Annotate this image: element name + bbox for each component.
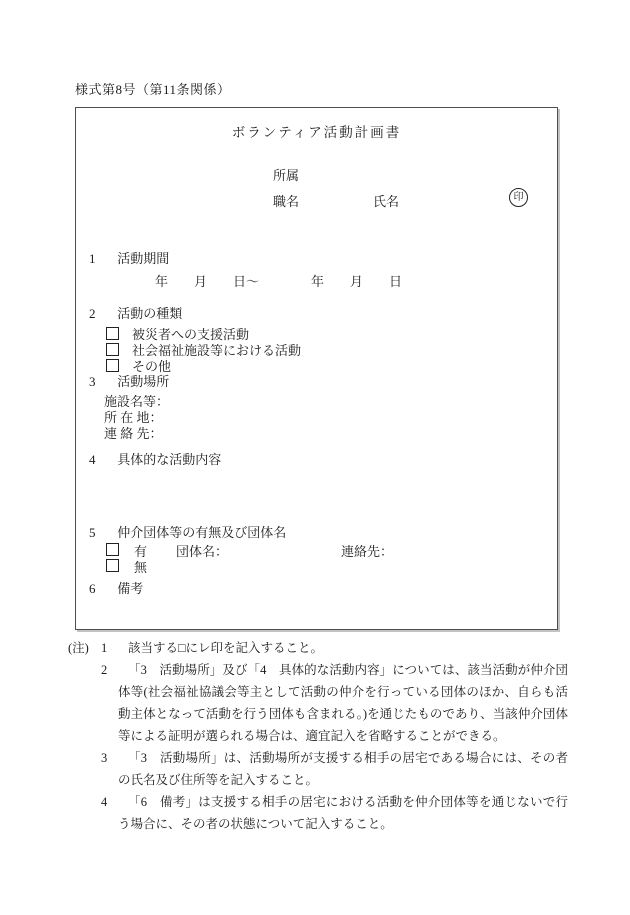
intermediary-no-row: 無 [76, 557, 557, 573]
checkbox-icon[interactable] [106, 559, 119, 572]
section-4-heading: 4 具体的な活動内容 [89, 449, 221, 468]
form-number: 様式第8号（第11条関係） [75, 79, 231, 98]
note-item-4: 4 「6 備考」は支援する相手の居宅における活動を仲介団体等を通じないで行う場合… [68, 791, 568, 835]
intermediary-yes-row: 有 団体名： 連絡先： [76, 541, 557, 557]
note-text: 「3 活動場所」は、活動場所が支援する相手の居宅である場合には、その者の氏名及び… [118, 747, 568, 791]
note-number: 4 [101, 791, 107, 813]
seal-stamp-icon: 印 [509, 188, 528, 207]
no-label: 無 [134, 557, 147, 576]
notes-block: (注) 1 該当する□にレ印を記入すること。 2 「3 活動場所」及び「4 具体… [68, 637, 568, 835]
section-4-number: 4 [89, 452, 114, 468]
note-text: 「6 備考」は支援する相手の居宅における活動を仲介団体等を通じないで行う場合に、… [118, 791, 568, 835]
section-2-label: 活動の種類 [117, 306, 182, 321]
note-text: 該当する□にレ印を記入すること。 [118, 637, 568, 659]
section-3-heading: 3 活動場所 [89, 371, 169, 390]
section-2-heading: 2 活動の種類 [89, 303, 182, 322]
name-label: 氏名 [373, 191, 399, 210]
checkbox-icon[interactable] [106, 327, 119, 340]
note-item-1: (注) 1 該当する□にレ印を記入すること。 [68, 637, 568, 659]
position-label: 職名 [273, 191, 299, 210]
section-6-heading: 6 備考 [89, 578, 143, 597]
section-3-label: 活動場所 [117, 374, 169, 389]
note-number: 3 [101, 747, 107, 769]
note-number: 1 [101, 637, 107, 659]
checkbox-icon[interactable] [106, 343, 119, 356]
note-item-2: 2 「3 活動場所」及び「4 具体的な活動内容」については、該当活動が仲介団体等… [68, 659, 568, 747]
section-1-heading: 1 活動期間 [89, 248, 169, 267]
note-number: 2 [101, 659, 107, 681]
note-text: 「3 活動場所」及び「4 具体的な活動内容」については、該当活動が仲介団体等(社… [118, 659, 568, 747]
section-5-heading: 5 仲介団体等の有無及び団体名 [89, 522, 286, 541]
contact-label: 連 絡 先： [104, 423, 163, 442]
section-6-number: 6 [89, 581, 114, 597]
checkbox-icon[interactable] [106, 543, 119, 556]
section-4-label: 具体的な活動内容 [117, 452, 221, 467]
section-1-label: 活動期間 [117, 251, 169, 266]
form-title: ボランティア活動計画書 [76, 121, 557, 141]
section-2-number: 2 [89, 306, 114, 322]
note-item-3: 3 「3 活動場所」は、活動場所が支援する相手の居宅である場合には、その者の氏名… [68, 747, 568, 791]
form-box: ボランティア活動計画書 所属 職名 氏名 印 1 活動期間 年 月 日～ 年 月… [75, 107, 558, 630]
section-5-label: 仲介団体等の有無及び団体名 [117, 525, 286, 540]
document-page: 様式第8号（第11条関係） ボランティア活動計画書 所属 職名 氏名 印 1 活… [0, 0, 630, 915]
affiliation-label: 所属 [273, 165, 299, 184]
date-to-line: 年 月 日 [311, 271, 402, 290]
date-from-line: 年 月 日～ [155, 271, 259, 290]
seal-character: 印 [514, 193, 524, 203]
section-5-number: 5 [89, 525, 114, 541]
section-6-label: 備考 [117, 581, 143, 596]
notes-prefix: (注) [68, 637, 89, 659]
section-1-number: 1 [89, 251, 114, 267]
section-3-number: 3 [89, 374, 114, 390]
